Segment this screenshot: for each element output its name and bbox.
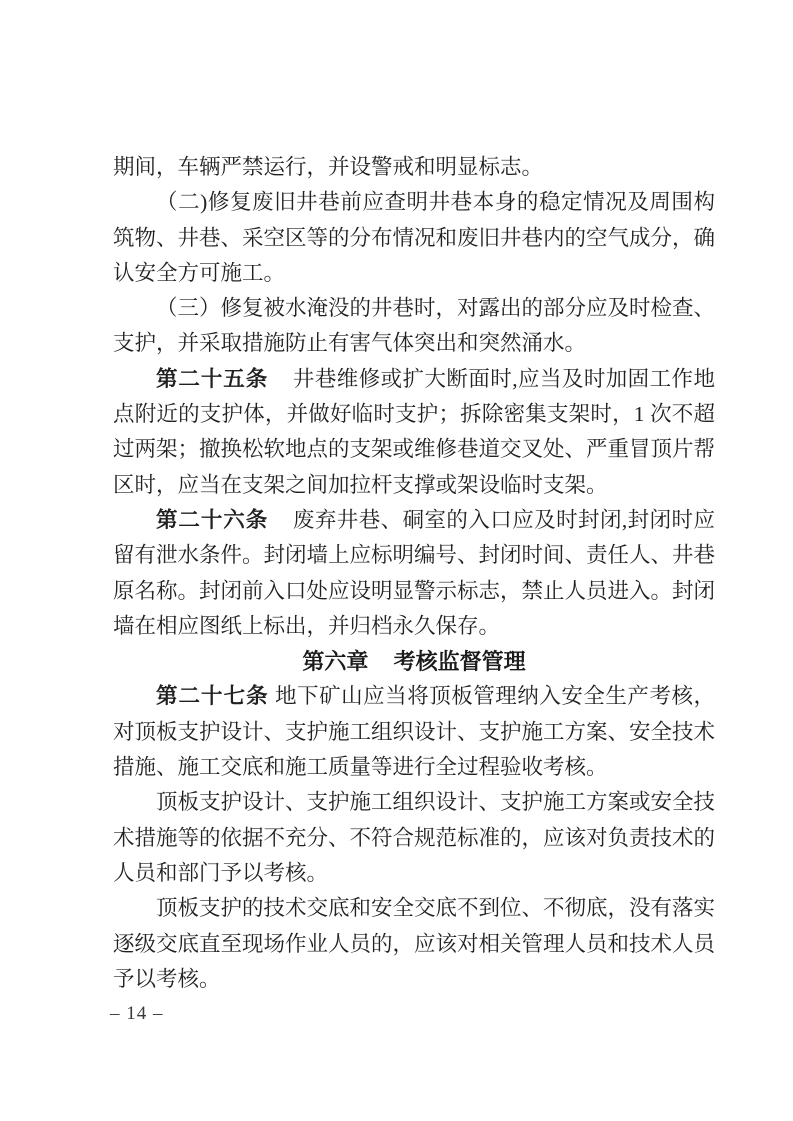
text-line: 区时，应当在支架之间加拉杆支撑或架设临时支架。	[113, 468, 715, 503]
text-line: 留有泄水条件。封闭墙上应标明编号、封闭时间、责任人、井巷	[113, 538, 715, 573]
text-line: 墙在相应图纸上标出，并归档永久保存。	[113, 609, 715, 644]
document-page: 期间，车辆严禁运行，并设警戒和明显标志。 （二)修复废旧井巷前应查明井巷本身的稳…	[0, 0, 793, 1121]
text-line: 予以考核。	[113, 962, 715, 997]
text-line: 术措施等的依据不充分、不符合规范标准的，应该对负责技术的	[113, 821, 715, 856]
text-line: （二)修复废旧井巷前应查明井巷本身的稳定情况及周围构	[113, 185, 715, 220]
article-number: 第二十七条	[156, 684, 269, 708]
text-line: 逐级交底直至现场作业人员的，应该对相关管理人员和技术人员	[113, 927, 715, 962]
text-line: 第二十五条井巷维修或扩大断面时,应当及时加固工作地	[113, 362, 715, 397]
text-line: 原名称。封闭前入口处应设明显警示标志，禁止人员进入。封闭	[113, 574, 715, 609]
text-line: 对顶板支护设计、支护施工组织设计、支护施工方案、安全技术	[113, 715, 715, 750]
page-number: – 14 –	[110, 1003, 164, 1025]
article-text: 井巷维修或扩大断面时,应当及时加固工作地	[293, 367, 715, 391]
text-line: 顶板支护的技术交底和安全交底不到位、不彻底，没有落实	[113, 891, 715, 926]
article-text: 废弃井巷、硐室的入口应及时封闭,封闭时应	[293, 508, 715, 532]
text-line: （三）修复被水淹没的井巷时，对露出的部分应及时检查、	[113, 291, 715, 326]
chapter-heading: 第六章考核监督管理	[113, 644, 715, 679]
text-line: 人员和部门予以考核。	[113, 856, 715, 891]
text-line: 认安全方可施工。	[113, 256, 715, 291]
text-line: 期间，车辆严禁运行，并设警戒和明显标志。	[113, 150, 715, 185]
text-line: 支护，并采取措施防止有害气体突出和突然涌水。	[113, 326, 715, 361]
text-line: 措施、施工交底和施工质量等进行全过程验收考核。	[113, 750, 715, 785]
chapter-number: 第六章	[302, 649, 368, 674]
document-body: 期间，车辆严禁运行，并设警戒和明显标志。 （二)修复废旧井巷前应查明井巷本身的稳…	[113, 150, 715, 997]
article-text: 地下矿山应当将顶板管理纳入安全生产考核，	[275, 684, 715, 708]
text-line: 过两架；撤换松软地点的支架或维修巷道交叉处、严重冒顶片帮	[113, 432, 715, 467]
article-number: 第二十六条	[156, 508, 268, 532]
text-line: 第二十七条地下矿山应当将顶板管理纳入安全生产考核，	[113, 679, 715, 714]
chapter-title: 考核监督管理	[394, 649, 526, 674]
article-number: 第二十五条	[156, 367, 268, 391]
text-line: 第二十六条废弃井巷、硐室的入口应及时封闭,封闭时应	[113, 503, 715, 538]
text-line: 点附近的支护体，并做好临时支护；拆除密集支架时，1 次不超	[113, 397, 715, 432]
text-line: 筑物、井巷、采空区等的分布情况和废旧井巷内的空气成分，确	[113, 221, 715, 256]
text-line: 顶板支护设计、支护施工组织设计、支护施工方案或安全技	[113, 785, 715, 820]
